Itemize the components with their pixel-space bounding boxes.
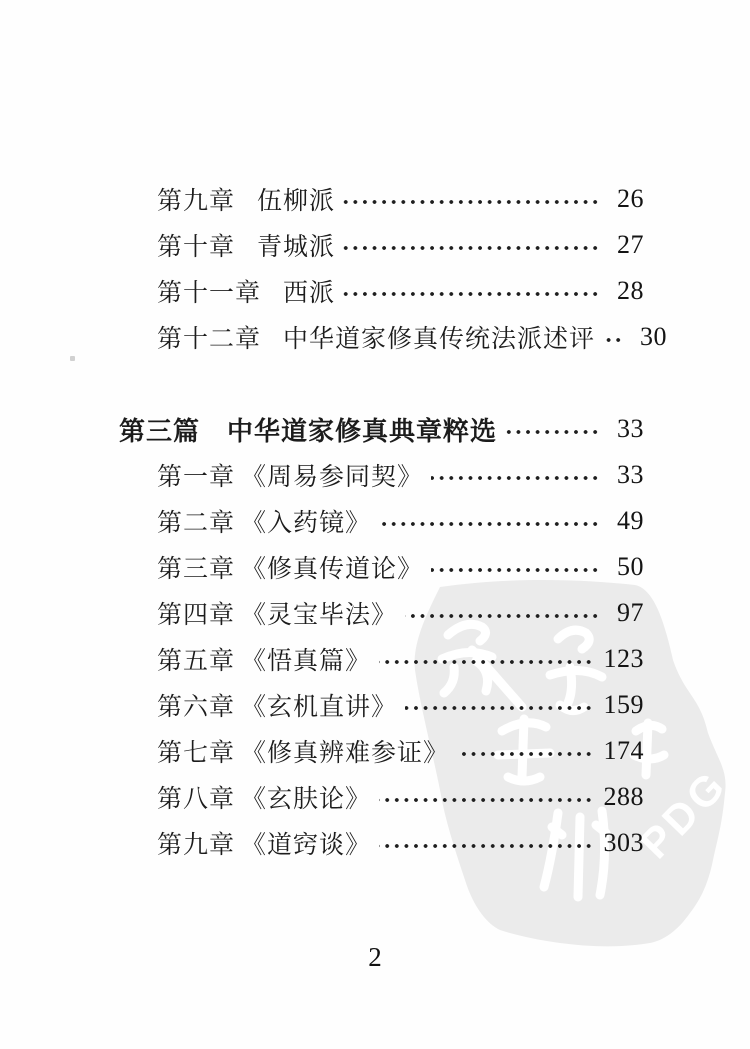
toc-dot-leader [343, 242, 600, 254]
toc-entry-title: 《玄机直讲》 [241, 687, 397, 723]
toc-entry-page: 288 [604, 782, 645, 812]
toc-dot-leader [431, 472, 600, 484]
toc-entry: 第六章 《玄机直讲》 159 [0, 682, 750, 728]
toc-entry-title: 伍柳派 [257, 181, 335, 217]
toc-entry-title: 《修真传道论》 [241, 549, 423, 585]
toc-entry-title: 《道窍谈》 [241, 825, 371, 861]
toc-entry-page: 49 [610, 506, 644, 536]
toc-entry-page: 33 [610, 460, 644, 490]
toc-dot-leader [379, 794, 593, 806]
scan-speck [70, 356, 75, 361]
toc-dot-leader [431, 564, 600, 576]
toc-entry: 第九章 伍柳派 26 [0, 176, 750, 222]
toc-entry-label: 第十二章 [157, 319, 261, 355]
toc-dot-leader [379, 656, 593, 668]
toc-entry: 第五章 《悟真篇》 123 [0, 636, 750, 682]
toc-entry-page: 303 [604, 828, 645, 858]
toc-entry-label: 第十一章 [157, 273, 261, 309]
toc-entry-title: 《修真辨难参证》 [241, 733, 449, 769]
toc-entry-title: 《灵宝毕法》 [241, 595, 397, 631]
toc-dot-leader [405, 702, 593, 714]
toc-entry: 第九章 《道窍谈》 303 [0, 820, 750, 866]
page-number: 2 [0, 942, 750, 973]
toc-entry-label: 第四章 [157, 595, 235, 631]
toc-list: 第九章 伍柳派 26 第十章 青城派 27 第十一章 西派 28 第十二章 中华… [0, 176, 750, 866]
toc-entry-title: 青城派 [257, 227, 335, 263]
toc-entry: 第七章 《修真辨难参证》 174 [0, 728, 750, 774]
toc-entry: 第十章 青城派 27 [0, 222, 750, 268]
toc-entry-title: 《悟真篇》 [241, 641, 371, 677]
toc-entry-label: 第三篇 [119, 411, 200, 448]
toc-dot-leader [457, 748, 593, 760]
toc-entry: 第三章 《修真传道论》 50 [0, 544, 750, 590]
toc-dot-leader [343, 196, 600, 208]
toc-entry-page: 33 [610, 414, 644, 444]
toc-entry-label: 第五章 [157, 641, 235, 677]
toc-entry-page: 97 [610, 598, 644, 628]
toc-entry-label: 第十章 [157, 227, 235, 263]
toc-entry-page: 27 [610, 230, 644, 260]
toc-dot-leader [379, 518, 600, 530]
toc-dot-leader [405, 610, 600, 622]
toc-entry-page: 28 [610, 276, 644, 306]
toc-entry: 第十一章 西派 28 [0, 268, 750, 314]
toc-entry: 第三篇 中华道家修真典章粹选 33 [0, 406, 750, 452]
toc-entry-page: 26 [610, 184, 644, 214]
toc-entry-title: 《入药镜》 [241, 503, 371, 539]
toc-entry-label: 第九章 [157, 181, 235, 217]
toc-entry: 第十二章 中华道家修真传统法派述评 30 [0, 314, 750, 360]
toc-dot-leader [379, 840, 593, 852]
toc-dot-leader [603, 334, 623, 346]
toc-entry-page: 30 [633, 322, 667, 352]
toc-entry-title: 中华道家修真典章粹选 [227, 411, 497, 448]
toc-dot-leader [343, 288, 600, 300]
toc-entry: 第八章 《玄肤论》 288 [0, 774, 750, 820]
toc-entry-label: 第七章 [157, 733, 235, 769]
toc-entry-title: 《玄肤论》 [241, 779, 371, 815]
toc-entry-label: 第三章 [157, 549, 235, 585]
toc-entry-title: 《周易参同契》 [241, 457, 423, 493]
toc-entry-label: 第六章 [157, 687, 235, 723]
toc-entry-label: 第八章 [157, 779, 235, 815]
toc-entry-page: 159 [604, 690, 645, 720]
toc-entry-page: 50 [610, 552, 644, 582]
toc-entry: 第四章 《灵宝毕法》 97 [0, 590, 750, 636]
toc-entry: 第一章 《周易参同契》 33 [0, 452, 750, 498]
toc-entry-label: 第九章 [157, 825, 235, 861]
book-page: PDG 第九章 伍柳派 26 第十章 青城派 27 第十一章 西派 28 第十二… [0, 0, 750, 1049]
toc-entry-label: 第二章 [157, 503, 235, 539]
toc-entry-label: 第一章 [157, 457, 235, 493]
toc-entry: 第二章 《入药镜》 49 [0, 498, 750, 544]
toc-entry-title: 西派 [283, 273, 335, 309]
toc-entry-page: 123 [604, 644, 645, 674]
toc-dot-leader [505, 426, 600, 438]
toc-entry-page: 174 [604, 736, 645, 766]
toc-entry-title: 中华道家修真传统法派述评 [283, 319, 595, 355]
